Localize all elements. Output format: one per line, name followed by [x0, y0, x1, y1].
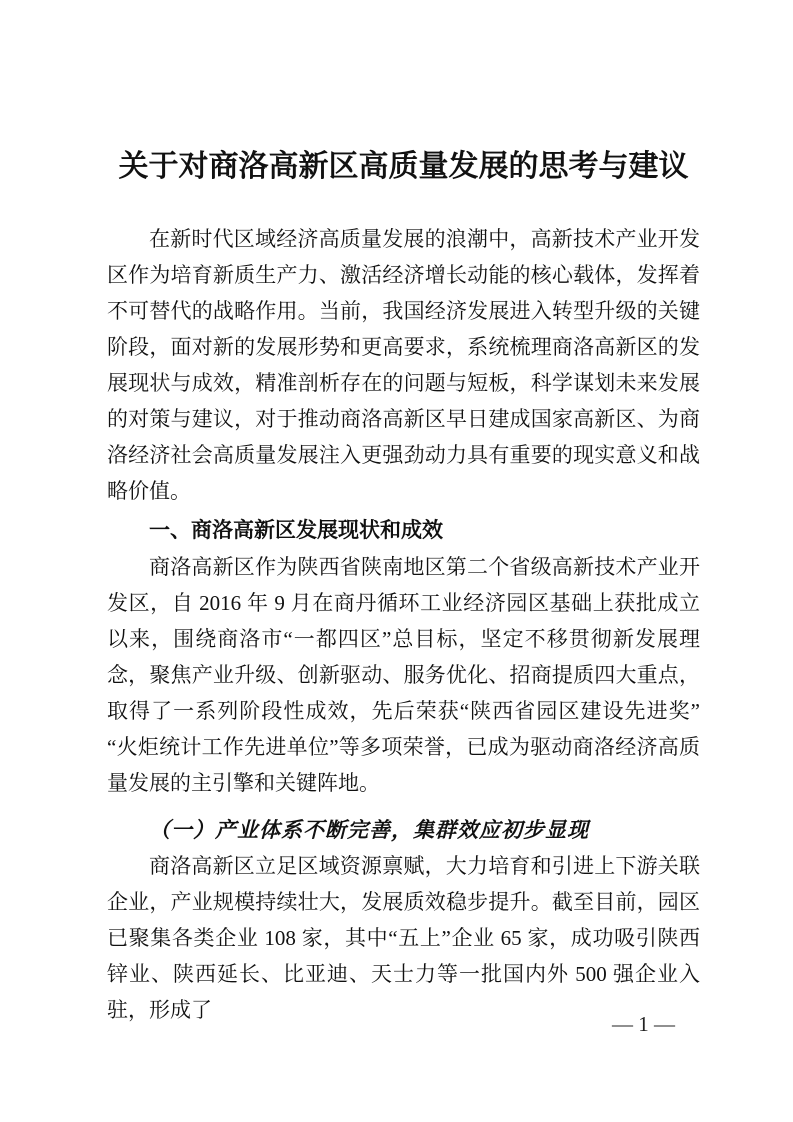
section-1-heading: 一、商洛高新区发展现状和成效: [107, 513, 700, 549]
document-page: 关于对商洛高新区高质量发展的思考与建议 在新时代区域经济高质量发展的浪潮中，高新…: [0, 0, 793, 1122]
text-block: 关于对商洛高新区高质量发展的思考与建议 在新时代区域经济高质量发展的浪潮中，高新…: [107, 146, 700, 1028]
section-1-paragraph: 商洛高新区作为陕西省陕南地区第二个省级高新技术产业开发区，自 2016 年 9 …: [107, 549, 700, 801]
document-title: 关于对商洛高新区高质量发展的思考与建议: [107, 146, 700, 188]
subsection-1-1-heading: （一）产业体系不断完善，集群效应初步显现: [107, 812, 700, 848]
page-number: — 1 —: [612, 1012, 675, 1036]
intro-paragraph: 在新时代区域经济高质量发展的浪潮中，高新技术产业开发区作为培育新质生产力、激活经…: [107, 221, 700, 509]
subsection-1-1-paragraph: 商洛高新区立足区域资源禀赋，大力培育和引进上下游关联企业，产业规模持续壮大，发展…: [107, 848, 700, 1028]
